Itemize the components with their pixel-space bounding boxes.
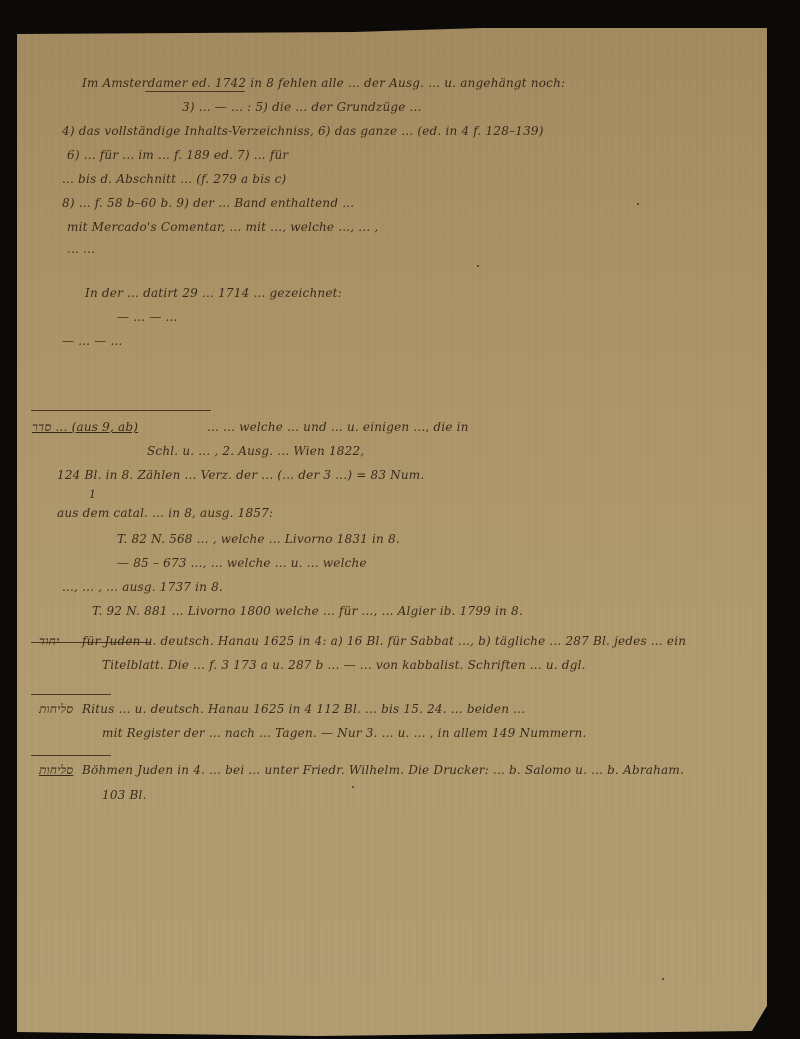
text-line: Böhmen Juden in 4. ... bei ... unter Fri… <box>82 763 684 777</box>
manuscript-page: Im Amsterdamer ed. 1742 in 8 fehlen alle… <box>17 28 767 1036</box>
text-line: — ... — ... <box>62 334 123 348</box>
section-heading: סדר ... (aus 9, ab) <box>32 420 138 435</box>
text-line: Im Amsterdamer ed. 1742 in 8 fehlen alle… <box>82 76 565 90</box>
section-divider <box>31 642 151 643</box>
text-line: für Juden u. deutsch. Hanau 1625 in 4: a… <box>82 634 686 648</box>
text-line: T. 92 N. 881 ... Livorno 1800 welche ...… <box>92 604 523 618</box>
ink-speck <box>477 265 479 267</box>
text-line: mit Mercado's Comentar, ... mit ..., wel… <box>67 220 378 234</box>
section-label: סליחות <box>39 763 73 778</box>
text-line: Ritus ... u. deutsch. Hanau 1625 in 4 11… <box>82 702 525 716</box>
margin-note: 1 <box>89 488 96 501</box>
text-line: Schl. u. ... , 2. Ausg. ... Wien 1822, <box>147 444 364 458</box>
section-divider <box>31 755 111 756</box>
text-line: 8) ... f. 58 b–60 b. 9) der ... Band ent… <box>62 196 354 210</box>
ink-speck <box>352 786 354 788</box>
text-line: ... bis d. Abschnitt ... (f. 279 a bis c… <box>62 172 286 186</box>
text-line: aus dem catal. ... in 8, ausg. 1857: <box>57 506 273 520</box>
section-label: יחוד <box>39 634 59 649</box>
text-line: 4) das vollständige Inhalts-Verzeichniss… <box>62 124 544 138</box>
text-line: — 85 – 673 ..., ... welche ... u. ... we… <box>117 556 367 570</box>
ink-speck <box>662 978 664 980</box>
section-divider <box>31 694 111 695</box>
text-line: 103 Bl. <box>102 788 147 802</box>
ink-speck <box>637 203 639 205</box>
text-line: — ... — ... <box>117 310 178 324</box>
underline <box>145 91 245 92</box>
text-line: 3) ... — ... : 5) die ... der Grundzüge … <box>182 100 422 114</box>
text-line: In der ... datirt 29 ... 1714 ... gezeic… <box>85 286 342 300</box>
text-line: ... ... welche ... und ... u. einigen ..… <box>207 420 469 434</box>
text-line: ... ... <box>67 242 95 256</box>
text-line: mit Register der ... nach ... Tagen. — N… <box>102 726 586 740</box>
section-label: סליחות <box>39 702 73 717</box>
text-line: T. 82 N. 568 ... , welche ... Livorno 18… <box>117 532 400 546</box>
text-line: 6) ... für ... im ... f. 189 ed. 7) ... … <box>67 148 288 162</box>
text-line: ..., ... , ... ausg. 1737 in 8. <box>62 580 223 594</box>
section-divider <box>31 410 211 411</box>
text-line: Titelblatt. Die ... f. 3 173 a u. 287 b … <box>102 658 586 672</box>
text-line: 124 Bl. in 8. Zählen ... Verz. der ... (… <box>57 468 424 482</box>
